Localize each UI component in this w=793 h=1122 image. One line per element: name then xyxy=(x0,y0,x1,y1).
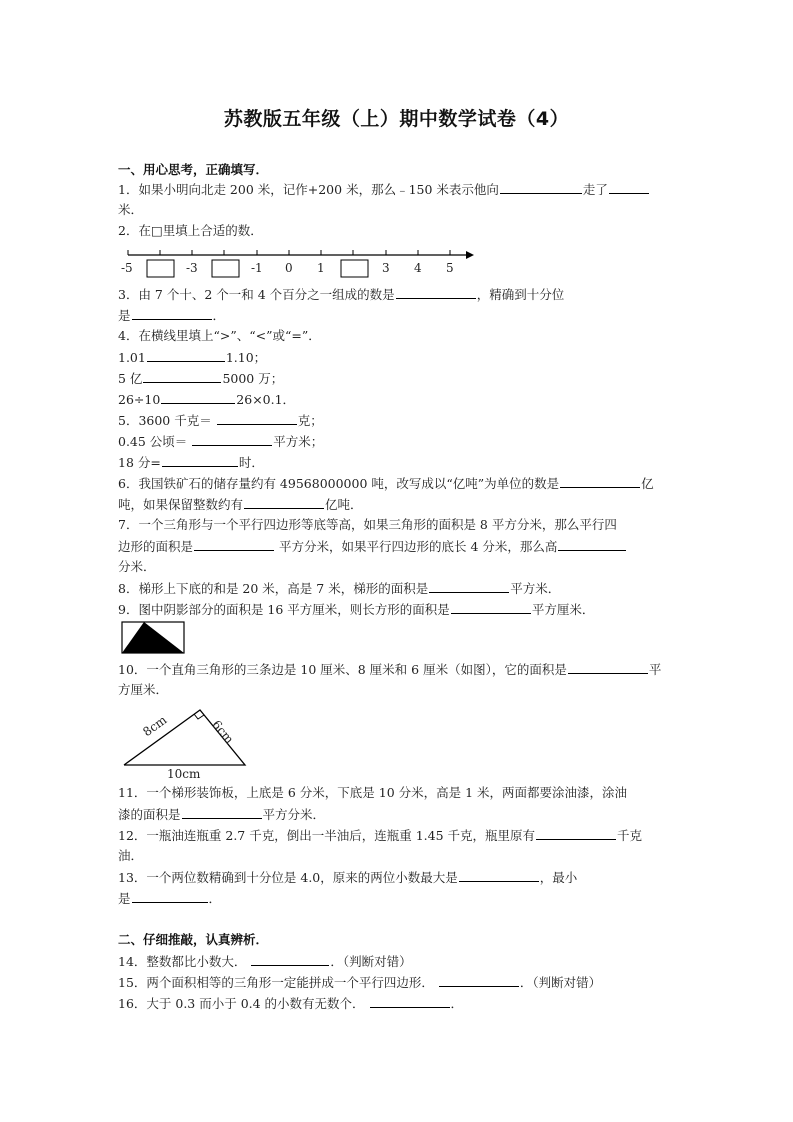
answer-blank[interactable] xyxy=(182,806,262,819)
answer-blank[interactable] xyxy=(459,869,539,882)
answer-blank[interactable] xyxy=(147,349,225,362)
section-heading-2: 二、仔细推敲，认真辨析． xyxy=(118,932,268,948)
answer-blank[interactable] xyxy=(396,286,476,299)
question-7: 7．一个三角形与一个平行四边形等底等高，如果三角形的面积是 8 平方分米，那么平… xyxy=(118,517,617,533)
question-10-cont: 方厘米． xyxy=(118,682,168,698)
answer-blank[interactable] xyxy=(251,953,329,966)
shaded-rectangle-figure xyxy=(120,620,188,656)
question-15: 15．两个面积相等的三角形一定能拼成一个平行四边形． ．（判断对错） xyxy=(118,974,601,991)
answer-blank[interactable] xyxy=(451,601,531,614)
question-6-cont: 吨，如果保留整数约有亿吨． xyxy=(118,496,363,513)
exam-page: 苏教版五年级（上）期中数学试卷（4） 一、用心思考，正确填写． 1．如果小明向北… xyxy=(0,0,793,1122)
question-2: 2．在□里填上合适的数． xyxy=(118,223,263,239)
tick-label: -1 xyxy=(251,261,263,275)
answer-box[interactable] xyxy=(341,260,368,277)
question-14: 14．整数都比小数大． ．（判断对错） xyxy=(118,953,412,970)
answer-blank[interactable] xyxy=(429,580,509,593)
answer-blank[interactable] xyxy=(194,538,274,551)
question-12: 12．一瓶油连瓶重 2.7 千克，倒出一半油后，连瓶重 1.45 千克，瓶里原有… xyxy=(118,827,642,844)
tick-label: 3 xyxy=(382,261,390,275)
page-title: 苏教版五年级（上）期中数学试卷（4） xyxy=(0,104,793,131)
answer-blank[interactable] xyxy=(217,412,297,425)
answer-blank[interactable] xyxy=(609,181,649,194)
answer-blank[interactable] xyxy=(192,433,272,446)
tick-label: -5 xyxy=(121,261,133,275)
question-11: 11．一个梯形装饰板，上底是 6 分米，下底是 10 分米，高是 1 米，两面都… xyxy=(118,785,627,801)
answer-blank[interactable] xyxy=(560,475,640,488)
answer-blank[interactable] xyxy=(370,995,450,1008)
question-5-row-3: 18 分=时． xyxy=(118,454,264,471)
answer-blank[interactable] xyxy=(143,370,221,383)
tick-label: 1 xyxy=(317,261,325,275)
section-heading-1: 一、用心思考，正确填写． xyxy=(118,162,268,178)
number-line xyxy=(110,244,490,284)
answer-blank[interactable] xyxy=(439,974,519,987)
question-3: 3．由 7 个十、2 个一和 4 个百分之一组成的数是，精确到十分位 xyxy=(118,286,564,303)
question-13-cont: 是． xyxy=(118,890,221,907)
question-5: 5．3600 千克＝ 克； xyxy=(118,412,323,429)
question-1-cont: 米． xyxy=(118,202,143,218)
answer-blank[interactable] xyxy=(536,827,616,840)
question-1: 1．如果小明向北走 200 米，记作+200 米，那么﹣150 米表示他向走了 xyxy=(118,181,650,198)
tick-label: 4 xyxy=(414,261,422,275)
answer-blank[interactable] xyxy=(244,496,324,509)
tick-label: 0 xyxy=(285,261,293,275)
question-6: 6．我国铁矿石的储存量约有 49568000000 吨，改写成以“亿吨”为单位的… xyxy=(118,475,654,492)
tick-label: -3 xyxy=(186,261,198,275)
question-10: 10．一个直角三角形的三条边是 10 厘米、8 厘米和 6 厘米（如图），它的面… xyxy=(118,661,661,678)
question-13: 13．一个两位数精确到十分位是 4.0，原来的两位小数最大是，最小 xyxy=(118,869,577,886)
question-4-row-1: 1.011.10； xyxy=(118,349,266,366)
question-3-cont: 是． xyxy=(118,307,225,324)
question-16: 16．大于 0.3 而小于 0.4 的小数有无数个． ． xyxy=(118,995,463,1012)
answer-box[interactable] xyxy=(212,260,239,277)
question-7-cont-2: 分米． xyxy=(118,559,156,575)
question-7-cont: 边形的面积是 平方分米，如果平行四边形的底长 4 分米，那么高 xyxy=(118,538,627,555)
tick-label: 5 xyxy=(446,261,454,275)
answer-blank[interactable] xyxy=(132,890,208,903)
answer-blank[interactable] xyxy=(161,391,235,404)
question-4-row-3: 26÷1026×0.1． xyxy=(118,391,295,408)
answer-blank[interactable] xyxy=(558,538,626,551)
answer-blank[interactable] xyxy=(162,454,238,467)
question-11-cont: 漆的面积是平方分米． xyxy=(118,806,325,823)
question-4-row-2: 5 亿5000 万； xyxy=(118,370,283,387)
question-12-cont: 油． xyxy=(118,848,143,864)
answer-blank[interactable] xyxy=(500,181,582,194)
question-4: 4．在横线里填上“>”、“<”或“=”． xyxy=(118,328,321,344)
answer-box[interactable] xyxy=(147,260,174,277)
answer-blank[interactable] xyxy=(568,661,648,674)
question-8: 8．梯形上下底的和是 20 米，高是 7 米，梯形的面积是平方米． xyxy=(118,580,560,597)
question-9: 9．图中阴影部分的面积是 16 平方厘米，则长方形的面积是平方厘米． xyxy=(118,601,594,618)
answer-blank[interactable] xyxy=(132,307,212,320)
question-5-row-2: 0.45 公顷＝ 平方米； xyxy=(118,433,323,450)
hypotenuse-label-10cm: 10cm xyxy=(167,766,200,782)
